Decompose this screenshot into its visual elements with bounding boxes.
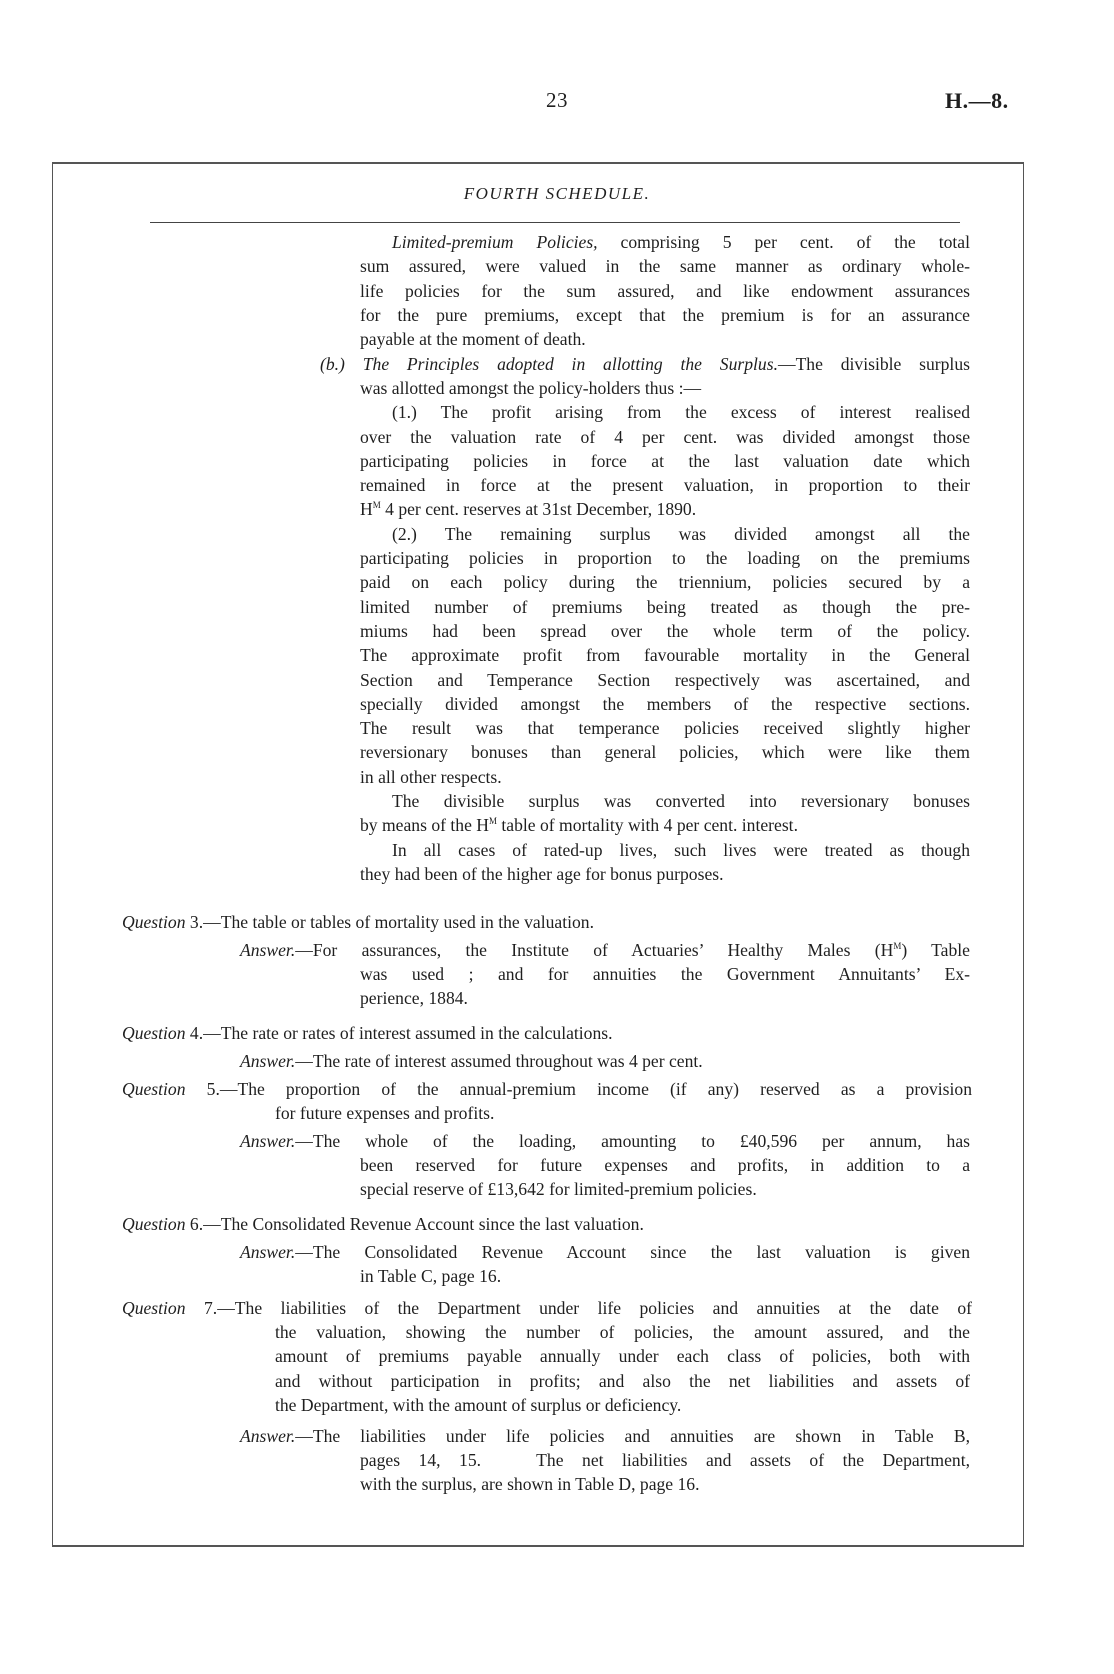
item-1-line: remained in force at the present valuati… [360, 473, 970, 497]
answer-5: Answer.—The whole of the loading, amount… [240, 1129, 970, 1153]
item-2-line: participating policies in proportion to … [360, 546, 970, 570]
question-label: Question [122, 1079, 186, 1099]
section-heading: The Principles adopted in allotting the … [363, 354, 778, 374]
question-5: Question 5.—The proportion of the annual… [122, 1077, 972, 1126]
conversion-line: by means of the HM table of mortality wi… [360, 813, 970, 837]
section-b-body: was allotted amongst the policy-holders … [360, 376, 970, 886]
text-line: life policies for the sum assured, and l… [360, 279, 970, 303]
answer-3: Answer.—For assurances, the Institute of… [240, 938, 970, 962]
question-label: Question [122, 1214, 186, 1234]
item-2-line: paid on each policy during the triennium… [360, 570, 970, 594]
text-line: payable at the moment of death. [360, 327, 970, 351]
section-b-heading: (b.) The Principles adopted in allotting… [320, 352, 970, 376]
answer-7: Answer.—The liabilities under life polic… [240, 1424, 970, 1448]
item-2-line: reversionary bonuses than general polici… [360, 740, 970, 764]
answer-label: Answer. [240, 940, 295, 960]
answer-3-continued: was used ; and for annuities the Governm… [360, 962, 970, 1011]
answer-6: Answer.—The Consolidated Revenue Account… [240, 1240, 970, 1264]
text-line: for the pure premiums, except that the p… [360, 303, 970, 327]
item-1-line: (1.) The profit arising from the excess … [360, 400, 970, 424]
answer-6-continued: in Table C, page 16. [360, 1264, 970, 1288]
item-1-line: HM 4 per cent. reserves at 31st December… [360, 497, 970, 521]
question-7-continued: the valuation, showing the number of pol… [275, 1320, 970, 1417]
question-7: Question 7.—The liabilities of the Depar… [122, 1296, 972, 1320]
item-2-line: The result was that temperance policies … [360, 716, 970, 740]
item-2-line: in all other respects. [360, 765, 970, 789]
section-marker: (b.) [320, 354, 345, 374]
question-label: Question [122, 912, 186, 932]
item-2-line: limited number of premiums being treated… [360, 595, 970, 619]
question-label: Question [122, 1023, 186, 1043]
item-2-line: specially divided amongst the members of… [360, 692, 970, 716]
item-2-line: (2.) The remaining surplus was divided a… [360, 522, 970, 546]
item-1-line: participating policies in force at the l… [360, 449, 970, 473]
limited-premium-paragraph: Limited-premium Policies, comprising 5 p… [360, 230, 970, 351]
item-1-line: over the valuation rate of 4 per cent. w… [360, 425, 970, 449]
answer-label: Answer. [240, 1426, 295, 1446]
answer-7-continued: pages 14, 15. The net liabilities and as… [360, 1448, 970, 1497]
answer-label: Answer. [240, 1051, 295, 1071]
question-label: Question [122, 1298, 186, 1318]
answer-5-continued: been reserved for future expenses and pr… [360, 1153, 970, 1202]
item-2-line: Section and Temperance Section respectiv… [360, 668, 970, 692]
conversion-line: The divisible surplus was converted into… [360, 789, 970, 813]
question-4: Question 4.—The rate or rates of interes… [122, 1021, 972, 1045]
text-line: sum assured, were valued in the same man… [360, 254, 970, 278]
question-3: Question 3.—The table or tables of morta… [122, 910, 972, 934]
text-line: was allotted amongst the policy-holders … [360, 376, 970, 400]
title-divider [150, 222, 960, 223]
answer-label: Answer. [240, 1242, 295, 1262]
answer-label: Answer. [240, 1131, 295, 1151]
rated-up-line: In all cases of rated-up lives, such liv… [360, 838, 970, 862]
schedule-title: FOURTH SCHEDULE. [0, 184, 1114, 204]
rated-up-line: they had been of the higher age for bonu… [360, 862, 970, 886]
document-reference: H.—8. [945, 88, 1009, 114]
answer-4: Answer.—The rate of interest assumed thr… [240, 1049, 970, 1073]
limited-premium-heading: Limited-premium Policies, [392, 232, 598, 252]
item-2-line: The approximate profit from favourable m… [360, 643, 970, 667]
question-6: Question 6.—The Consolidated Revenue Acc… [122, 1212, 972, 1236]
item-2-line: miums had been spread over the whole ter… [360, 619, 970, 643]
